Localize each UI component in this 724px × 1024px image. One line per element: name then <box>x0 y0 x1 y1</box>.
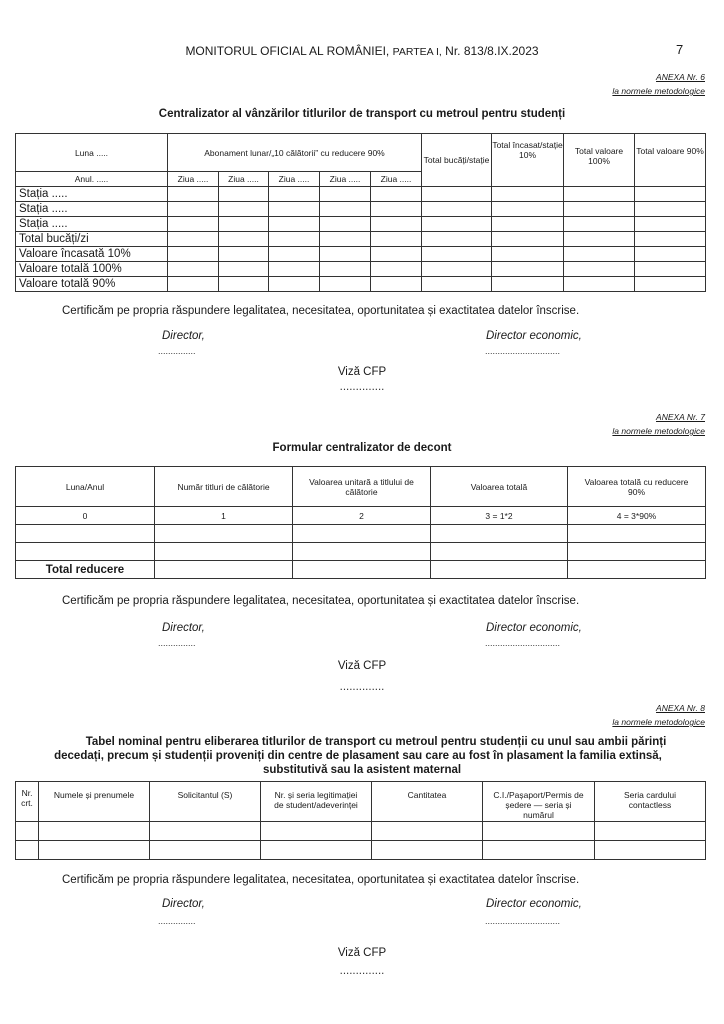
annex6-director-label: Director, <box>162 330 205 342</box>
annex6-label: ANEXA Nr. 6 <box>612 70 705 84</box>
day-header: Ziua ..... <box>371 172 422 187</box>
data-cell[interactable] <box>155 525 293 543</box>
data-cell[interactable] <box>371 232 422 247</box>
data-cell[interactable] <box>293 543 431 561</box>
data-cell[interactable] <box>492 277 564 292</box>
data-cell[interactable] <box>564 247 635 262</box>
data-cell[interactable] <box>219 217 269 232</box>
data-cell[interactable] <box>269 262 320 277</box>
data-cell[interactable] <box>219 202 269 217</box>
data-cell[interactable] <box>320 232 371 247</box>
data-cell[interactable] <box>492 217 564 232</box>
subscription-header: Abonament lunar/„10 călătorii” cu reduce… <box>168 134 422 172</box>
data-cell[interactable] <box>422 217 492 232</box>
table-row: Stația ..... <box>16 187 706 202</box>
data-cell[interactable] <box>320 217 371 232</box>
publication-part: PARTEA I, <box>393 46 442 58</box>
column-header: Nr. crt. <box>16 782 39 822</box>
annex6-certification: Certificăm pe propria răspundere legalit… <box>62 305 579 317</box>
total-header-1: Total bucăți/stație <box>422 134 492 187</box>
column-header: Luna/Anul <box>16 467 155 507</box>
table-row <box>16 822 706 841</box>
table-row <box>16 525 706 543</box>
data-cell[interactable] <box>150 841 261 860</box>
column-header: Cantitatea <box>372 782 483 822</box>
data-cell[interactable] <box>261 841 372 860</box>
data-cell[interactable] <box>168 202 219 217</box>
data-cell[interactable] <box>422 277 492 292</box>
data-cell[interactable] <box>150 822 261 841</box>
table-row: Valoare totală 100% <box>16 262 706 277</box>
index-row: 0123 = 1*24 = 3*90% <box>16 507 706 525</box>
data-cell[interactable] <box>168 232 219 247</box>
data-cell[interactable] <box>431 561 568 579</box>
data-cell[interactable] <box>483 841 595 860</box>
annex8-title-line3: substitutivă sau la asistent maternal <box>0 763 724 777</box>
data-cell[interactable] <box>39 841 150 860</box>
total-row: Total reducere <box>16 561 706 579</box>
data-cell[interactable] <box>372 822 483 841</box>
publication-name: MONITORUL OFICIAL AL ROMÂNIEI, <box>185 44 389 58</box>
data-cell[interactable] <box>168 217 219 232</box>
annex8-director-signature[interactable]: ............... <box>158 916 196 926</box>
column-index: 4 = 3*90% <box>568 507 706 525</box>
data-cell[interactable] <box>635 232 706 247</box>
row-label: Valoare totală 90% <box>16 277 168 292</box>
data-cell[interactable] <box>371 217 422 232</box>
annex8-reference: ANEXA Nr. 8 la normele metodologice <box>612 701 705 729</box>
table-row: Total bucăți/zi <box>16 232 706 247</box>
annex7-director-economic-label: Director economic, <box>486 622 582 634</box>
data-cell[interactable] <box>371 262 422 277</box>
annex7-sub: la normele metodologice <box>612 424 705 438</box>
annex8-title-line2: decedați, precum și studenții proveniți … <box>0 749 724 763</box>
column-header: Valoarea totală <box>431 467 568 507</box>
data-cell[interactable] <box>431 525 568 543</box>
total-label: Total reducere <box>16 561 155 579</box>
page-header: MONITORUL OFICIAL AL ROMÂNIEI, PARTEA I,… <box>0 44 724 58</box>
data-cell[interactable] <box>595 841 706 860</box>
annex8-director-economic-signature[interactable]: .............................. <box>485 916 560 926</box>
data-cell[interactable] <box>635 187 706 202</box>
column-header: Valoarea unitară a titlului de călătorie <box>293 467 431 507</box>
year-header: Anul. ..... <box>16 172 168 187</box>
column-header: Seria cardului contactless <box>595 782 706 822</box>
annex8-viza-label: Viză CFP <box>0 947 724 959</box>
table-row <box>16 543 706 561</box>
data-cell[interactable] <box>269 202 320 217</box>
table-row: Valoare totală 90% <box>16 277 706 292</box>
annex8-label: ANEXA Nr. 8 <box>612 701 705 715</box>
annex8-certification: Certificăm pe propria răspundere legalit… <box>62 874 579 886</box>
annex6-director-signature[interactable]: ............... <box>158 346 196 356</box>
data-cell[interactable] <box>568 543 706 561</box>
annex7-certification: Certificăm pe propria răspundere legalit… <box>62 595 579 607</box>
annex7-director-economic-signature[interactable]: .............................. <box>485 638 560 648</box>
column-header: Valoarea totală cu reducere 90% <box>568 467 706 507</box>
data-cell[interactable] <box>564 277 635 292</box>
annex6-reference: ANEXA Nr. 6 la normele metodologice <box>612 70 705 98</box>
total-header-2: Total încasat/stație 10% <box>492 134 564 187</box>
annex7-viza-signature[interactable]: .............. <box>0 681 724 693</box>
annex6-viza-label: Viză CFP <box>0 366 724 378</box>
data-cell[interactable] <box>564 262 635 277</box>
data-cell[interactable] <box>422 262 492 277</box>
data-cell[interactable] <box>422 232 492 247</box>
data-cell[interactable] <box>635 202 706 217</box>
data-cell[interactable] <box>564 232 635 247</box>
annex7-director-label: Director, <box>162 622 205 634</box>
annex7-settlement-table: Luna/AnulNumăr titluri de călătorieValoa… <box>15 466 706 579</box>
annex8-sub: la normele metodologice <box>612 715 705 729</box>
data-cell[interactable] <box>320 277 371 292</box>
data-cell[interactable] <box>568 561 706 579</box>
data-cell[interactable] <box>168 187 219 202</box>
annex8-viza-signature[interactable]: .............. <box>0 965 724 977</box>
data-cell[interactable] <box>39 822 150 841</box>
annex6-director-economic-label: Director economic, <box>486 330 582 342</box>
column-header: Numele și prenumele <box>39 782 150 822</box>
data-cell[interactable] <box>16 543 155 561</box>
data-cell[interactable] <box>483 822 595 841</box>
data-cell[interactable] <box>492 187 564 202</box>
data-cell[interactable] <box>16 525 155 543</box>
annex6-sub: la normele metodologice <box>612 84 705 98</box>
annex7-label: ANEXA Nr. 7 <box>612 410 705 424</box>
row-label: Valoare totală 100% <box>16 262 168 277</box>
annex8-nominal-table: Nr. crt.Numele și prenumeleSolicitantul … <box>15 781 706 860</box>
data-cell[interactable] <box>568 525 706 543</box>
annex7-reference: ANEXA Nr. 7 la normele metodologice <box>612 410 705 438</box>
row-label: Valoare încasată 10% <box>16 247 168 262</box>
data-cell[interactable] <box>320 187 371 202</box>
data-cell[interactable] <box>219 277 269 292</box>
row-label: Stația ..... <box>16 187 168 202</box>
data-cell[interactable] <box>269 247 320 262</box>
table-row: Valoare încasată 10% <box>16 247 706 262</box>
data-cell[interactable] <box>371 247 422 262</box>
annex6-title: Centralizator al vânzărilor titlurilor d… <box>0 108 724 120</box>
column-index: 3 = 1*2 <box>431 507 568 525</box>
column-index: 1 <box>155 507 293 525</box>
day-header: Ziua ..... <box>320 172 371 187</box>
data-cell[interactable] <box>293 561 431 579</box>
data-cell[interactable] <box>371 202 422 217</box>
data-cell[interactable] <box>219 232 269 247</box>
data-cell[interactable] <box>635 217 706 232</box>
day-header: Ziua ..... <box>168 172 219 187</box>
data-cell[interactable] <box>16 841 39 860</box>
data-cell[interactable] <box>269 232 320 247</box>
column-header: Nr. și seria legitimației de student/ade… <box>261 782 372 822</box>
data-cell[interactable] <box>219 262 269 277</box>
publication-issue: Nr. 813/8.IX.2023 <box>445 44 538 58</box>
data-cell[interactable] <box>269 217 320 232</box>
annex7-viza-label: Viză CFP <box>0 660 724 672</box>
data-cell[interactable] <box>168 277 219 292</box>
data-cell[interactable] <box>371 277 422 292</box>
data-cell[interactable] <box>155 543 293 561</box>
data-cell[interactable] <box>492 262 564 277</box>
data-cell[interactable] <box>564 217 635 232</box>
day-header: Ziua ..... <box>269 172 320 187</box>
data-cell[interactable] <box>492 247 564 262</box>
table-row: Stația ..... <box>16 217 706 232</box>
annex8-director-label: Director, <box>162 898 205 910</box>
header-row: Nr. crt.Numele și prenumeleSolicitantul … <box>16 782 706 822</box>
header-row: Luna/AnulNumăr titluri de călătorieValoa… <box>16 467 706 507</box>
table-row: Stația ..... <box>16 202 706 217</box>
data-cell[interactable] <box>16 822 39 841</box>
data-cell[interactable] <box>372 841 483 860</box>
data-cell[interactable] <box>635 262 706 277</box>
data-cell[interactable] <box>320 247 371 262</box>
annex6-director-economic-signature[interactable]: .............................. <box>485 346 560 356</box>
row-label: Stația ..... <box>16 202 168 217</box>
annex6-sales-table: Luna ..... Abonament lunar/„10 călătorii… <box>15 133 706 292</box>
data-cell[interactable] <box>269 187 320 202</box>
annex8-title-line1: Tabel nominal pentru eliberarea titluril… <box>0 735 724 749</box>
annex7-director-signature[interactable]: ............... <box>158 638 196 648</box>
data-cell[interactable] <box>219 187 269 202</box>
column-header: Solicitantul (S) <box>150 782 261 822</box>
data-cell[interactable] <box>635 247 706 262</box>
month-header: Luna ..... <box>16 134 168 172</box>
data-cell[interactable] <box>293 525 431 543</box>
row-label: Stația ..... <box>16 217 168 232</box>
annex8-title: Tabel nominal pentru eliberarea titluril… <box>0 735 724 777</box>
data-cell[interactable] <box>422 187 492 202</box>
data-cell[interactable] <box>261 822 372 841</box>
row-label: Total bucăți/zi <box>16 232 168 247</box>
annex6-viza-signature[interactable]: .............. <box>0 381 724 393</box>
data-cell[interactable] <box>492 202 564 217</box>
data-cell[interactable] <box>320 202 371 217</box>
data-cell[interactable] <box>155 561 293 579</box>
annex7-title: Formular centralizator de decont <box>0 442 724 454</box>
data-cell[interactable] <box>320 262 371 277</box>
data-cell[interactable] <box>422 202 492 217</box>
data-cell[interactable] <box>168 262 219 277</box>
day-header: Ziua ..... <box>219 172 269 187</box>
data-cell[interactable] <box>168 247 219 262</box>
data-cell[interactable] <box>422 247 492 262</box>
page-number: 7 <box>676 42 683 57</box>
annex8-director-economic-label: Director economic, <box>486 898 582 910</box>
data-cell[interactable] <box>492 232 564 247</box>
data-cell[interactable] <box>269 277 320 292</box>
column-header: C.I./Pașaport/Permis de ședere — seria ș… <box>483 782 595 822</box>
table-row <box>16 841 706 860</box>
data-cell[interactable] <box>431 543 568 561</box>
data-cell[interactable] <box>635 277 706 292</box>
data-cell[interactable] <box>564 187 635 202</box>
column-index: 2 <box>293 507 431 525</box>
data-cell[interactable] <box>595 822 706 841</box>
column-header: Număr titluri de călătorie <box>155 467 293 507</box>
data-cell[interactable] <box>564 202 635 217</box>
total-header-3: Total valoare 100% <box>564 134 635 187</box>
total-header-4: Total valoare 90% <box>635 134 706 187</box>
column-index: 0 <box>16 507 155 525</box>
data-cell[interactable] <box>219 247 269 262</box>
data-cell[interactable] <box>371 187 422 202</box>
